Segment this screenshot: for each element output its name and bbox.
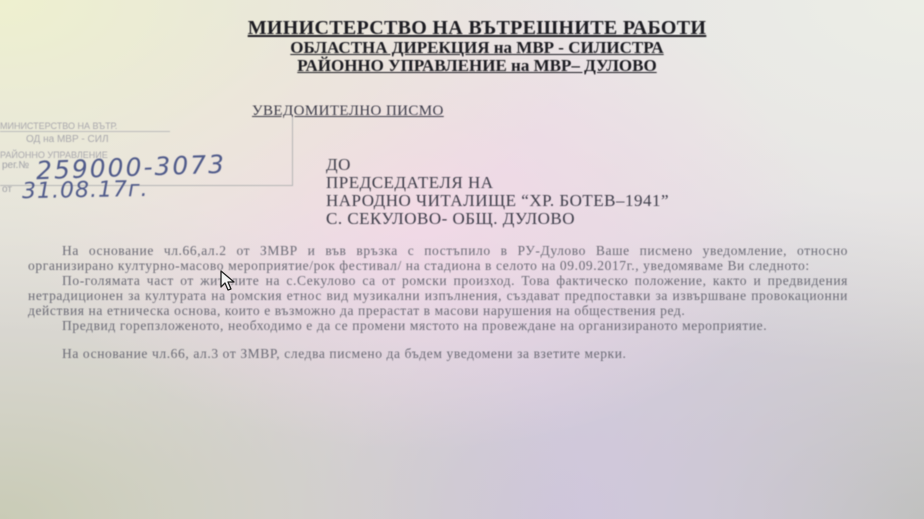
letter-body: На основание чл.66,ал.2 от ЗМВР и във вр…: [28, 243, 848, 361]
reg-prefix-label: рег.№: [2, 160, 29, 171]
body-paragraph-1: На основание чл.66,ал.2 от ЗМВР и във вр…: [28, 243, 848, 273]
ministry-title: МИНИСТЕРСТВО НА ВЪТРЕШНИТЕ РАБОТИ: [30, 17, 924, 40]
handwritten-date: 31.08.17г.: [22, 177, 149, 204]
stamp-line-directorate: ОД на МВР - СИЛ: [26, 134, 109, 145]
district-office: РАЙОННО УПРАВЛЕНИЕ на МВР– ДУЛОВО: [30, 56, 924, 76]
body-paragraph-3: Предвид горепзложеното, необходимо е да …: [28, 318, 848, 333]
recipient-location: С. СЕКУЛОВО- ОБЩ. ДУЛОВО: [326, 210, 669, 228]
date-prefix-label: от: [2, 184, 12, 195]
stamp-line-ministry: МИНИСТЕРСТВО НА ВЪТР.: [0, 121, 170, 132]
recipient-organization: НАРОДНО ЧИТАЛИЩЕ “ХР. БОТЕВ–1941”: [326, 192, 669, 210]
recipient-to: ДО: [326, 156, 669, 174]
regional-directorate: ОБЛАСТНА ДИРЕКЦИЯ на МВР - СИЛИСТРА: [30, 38, 924, 58]
body-paragraph-2: По-голямата част от жителите на с.Секуло…: [28, 273, 848, 318]
recipient-title: ПРЕДСЕДАТЕЛЯ НА: [326, 174, 669, 192]
recipient-block: ДО ПРЕДСЕДАТЕЛЯ НА НАРОДНО ЧИТАЛИЩЕ “ХР.…: [326, 156, 669, 228]
scanned-letter: МИНИСТЕРСТВО НА ВЪТРЕШНИТЕ РАБОТИ ОБЛАСТ…: [0, 0, 924, 519]
body-paragraph-4: На основание чл.66, ал.3 от ЗМВР, следва…: [28, 346, 848, 361]
